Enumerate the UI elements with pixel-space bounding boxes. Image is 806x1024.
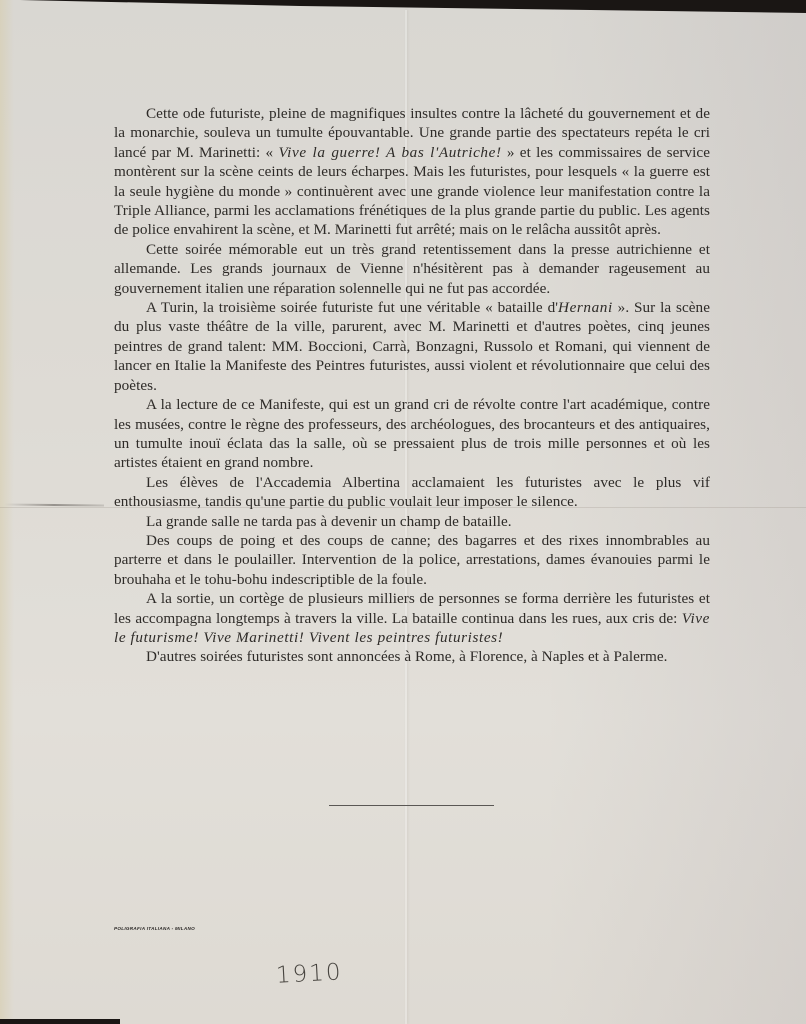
- paragraph: Cette soirée mémorable eut un très grand…: [114, 240, 710, 298]
- document-page: Cette ode futuriste, pleine de magnifiqu…: [0, 0, 806, 1024]
- handwritten-year: 1910: [275, 959, 343, 988]
- paragraph: A Turin, la troisième soirée futuriste f…: [114, 298, 710, 395]
- italic-title: Hernani: [558, 299, 613, 316]
- paragraph: D'autres soirées futuristes sont annoncé…: [114, 647, 710, 666]
- italic-quote: Vive la guerre! A bas l'Autriche!: [278, 144, 501, 161]
- paragraph: Cette ode futuriste, pleine de magnifiqu…: [114, 104, 710, 240]
- paragraph: Des coups de poing et des coups de canne…: [114, 531, 710, 589]
- body-text: Cette ode futuriste, pleine de magnifiqu…: [114, 104, 710, 667]
- printer-imprint: POLIGRAFIA ITALIANA - MILANO: [114, 926, 195, 931]
- background-edge: [0, 1019, 120, 1024]
- paragraph: Les élèves de l'Accademia Albertina accl…: [114, 473, 710, 512]
- paragraph: A la lecture de ce Manifeste, qui est un…: [114, 395, 710, 473]
- paragraph: A la sortie, un cortège de plusieurs mil…: [114, 589, 710, 647]
- closing-rule: [329, 805, 494, 806]
- paragraph: La grande salle ne tarda pas à devenir u…: [114, 512, 710, 531]
